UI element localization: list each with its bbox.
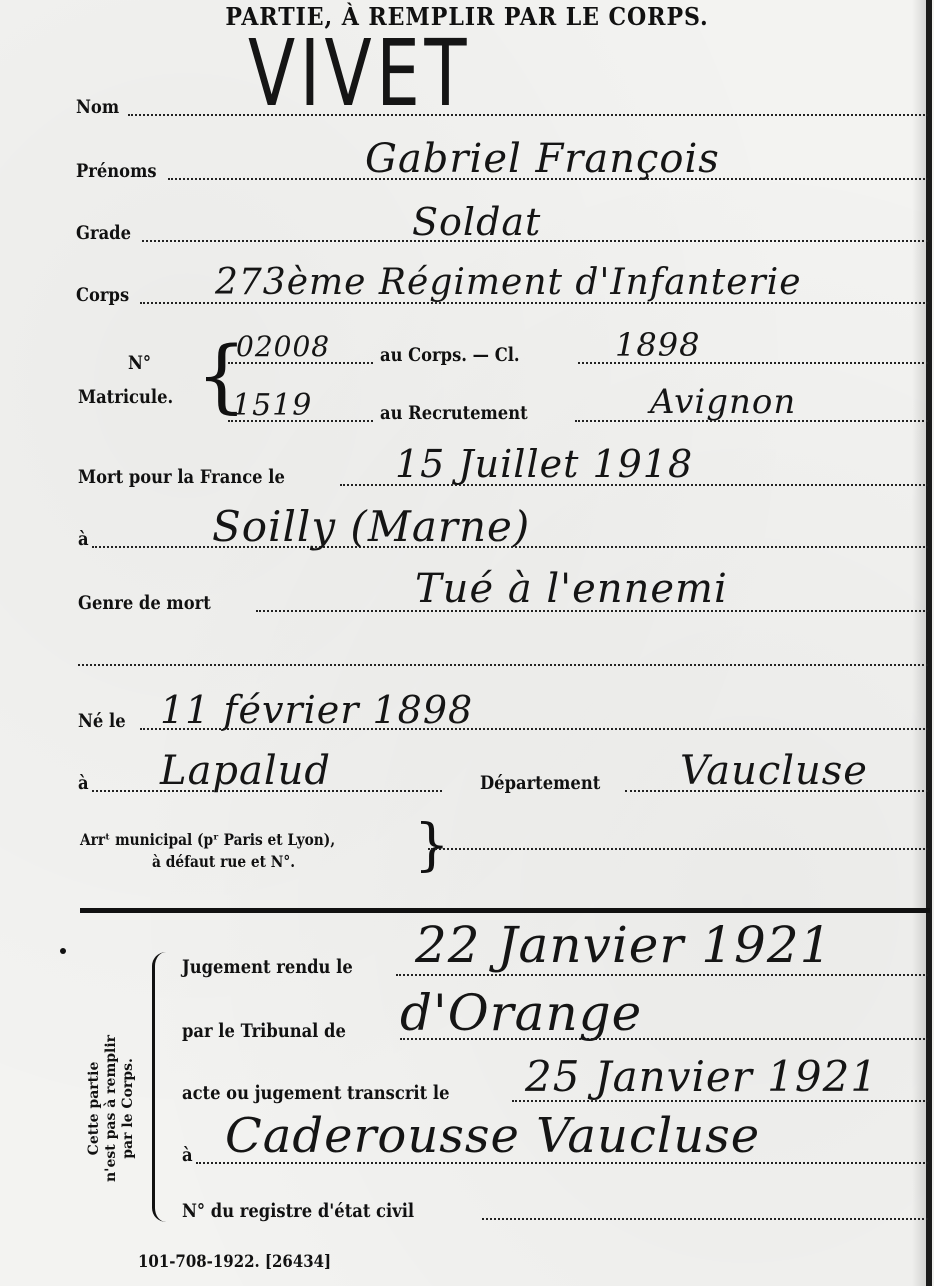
- corps-label: Corps: [76, 284, 129, 306]
- side-note-line3: par le Corps.: [120, 1035, 137, 1182]
- transcrit-value: 25 Janvier 1921: [525, 1052, 878, 1101]
- form-reference: 101-708-1922. [26434]: [138, 1252, 331, 1272]
- ne-lieu-label: à: [78, 772, 89, 794]
- side-note-line2: n'est pas à remplir: [103, 1035, 120, 1182]
- transcrit-lieu-value: Caderousse Vaucluse: [225, 1108, 760, 1164]
- matricule-corps-value: 02008: [236, 330, 330, 363]
- side-note: Cette partie n'est pas à remplir par le …: [86, 1035, 137, 1182]
- blank-line: [78, 664, 928, 666]
- ink-dot: [60, 948, 66, 954]
- corps-value: 273ème Régiment d'Infanterie: [215, 262, 802, 303]
- prenoms-value: Gabriel François: [365, 136, 720, 182]
- prenoms-label: Prénoms: [76, 160, 157, 182]
- arrondissement-line: [428, 848, 928, 850]
- transcrit-lieu-label: à: [182, 1144, 193, 1166]
- arrondissement-brace: }: [414, 818, 450, 874]
- grade-label: Grade: [76, 222, 131, 244]
- page-edge: [926, 0, 932, 1286]
- mort-lieu-label: à: [78, 528, 89, 550]
- mort-lieu-value: Soilly (Marne): [212, 502, 530, 551]
- matricule-label-no: N°: [128, 352, 151, 374]
- genre-mort-value: Tué à l'ennemi: [415, 566, 728, 612]
- document-scan: PARTIE, À REMPLIR PAR LE CORPS. Nom VIVE…: [0, 0, 934, 1286]
- departement-label: Département: [480, 772, 600, 794]
- matricule-label: Matricule.: [78, 386, 173, 408]
- recrutement-place-value: Avignon: [650, 382, 796, 422]
- page-edge-shadow: [912, 0, 926, 1286]
- mort-date-label: Mort pour la France le: [78, 466, 285, 488]
- ne-le-label: Né le: [78, 710, 126, 732]
- section-divider: [80, 908, 930, 913]
- classe-value: 1898: [615, 326, 700, 364]
- grade-value: Soldat: [412, 200, 541, 244]
- ne-lieu-value: Lapalud: [160, 748, 331, 794]
- arrondissement-sublabel: à défaut rue et N°.: [152, 852, 295, 871]
- nom-label: Nom: [76, 96, 119, 118]
- registre-label: N° du registre d'état civil: [182, 1200, 414, 1222]
- ne-le-value: 11 février 1898: [160, 688, 473, 732]
- jugement-rendu-label: Jugement rendu le: [182, 956, 353, 978]
- matricule-recrutement-value: 1519: [232, 388, 312, 423]
- tribunal-value: d'Orange: [400, 984, 642, 1042]
- side-brace: [152, 952, 169, 1222]
- jugement-rendu-value: 22 Janvier 1921: [415, 916, 832, 974]
- side-note-line1: Cette partie: [86, 1035, 103, 1182]
- registre-line: [482, 1218, 928, 1220]
- jugement-rendu-line: [396, 974, 928, 976]
- genre-mort-label: Genre de mort: [78, 592, 211, 614]
- matricule-recrutement-label: au Recrutement: [380, 402, 528, 424]
- arrondissement-label: Arrᵗ municipal (pʳ Paris et Lyon),: [80, 830, 335, 849]
- tribunal-label: par le Tribunal de: [182, 1020, 346, 1042]
- departement-value: Vaucluse: [680, 748, 868, 794]
- matricule-corps-label: au Corps. — Cl.: [380, 344, 520, 366]
- transcrit-label: acte ou jugement transcrit le: [182, 1082, 449, 1104]
- mort-date-value: 15 Juillet 1918: [395, 442, 693, 486]
- nom-value: VIVET: [248, 20, 471, 127]
